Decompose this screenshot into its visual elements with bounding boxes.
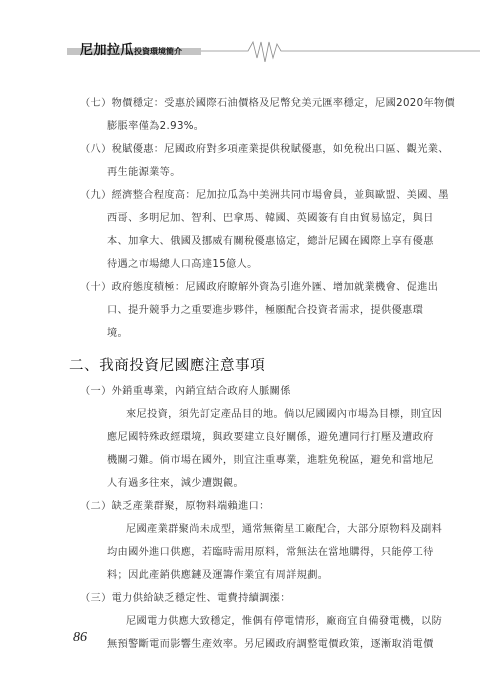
item-7-line-2: 膨脹率僅為2.93%。	[107, 120, 204, 134]
s2-item-1-body-4: 人有過多往來，減少遭覬覦。	[107, 477, 244, 491]
s2-item-3-title: （三）電力供給缺乏穩定性、電費持續調漲：	[80, 592, 291, 606]
s2-item-3-body-2: 無預警斷電而影響生產效率。另尼國政府調整電價政策，逐漸取消電價	[107, 638, 434, 652]
page-number: 86	[73, 630, 87, 646]
header-title-main: 尼加拉瓜	[80, 43, 134, 58]
s2-item-1-body-1: 來尼投資，須先訂定產品目的地。倘以尼國國內市場為目標，則宜因	[126, 408, 442, 422]
item-10-line-2: 口、提升競爭力之重要進步夥伴，極願配合投資者需求，提供優惠環	[107, 304, 423, 318]
s2-item-1-title: （一）外銷重專業，內銷宜結合政府人脈關係	[80, 385, 291, 399]
s2-item-1-body-2: 應尼國特殊政經環境，與政要建立良好關係，避免遭同行打壓及遭政府	[107, 431, 434, 445]
item-8-line-1: （八）稅賦優惠：尼國政府對多項產業提供稅賦優惠，如免稅出口區、觀光業、	[80, 143, 449, 157]
s2-item-2-body-1: 尼國產業群聚尚未成型，通常無衛星工廠配合，大部分原物料及副料	[126, 523, 442, 537]
s2-item-2-body-2: 均由國外進口供應，若臨時需用原料，常無法在當地購得，只能停工待	[107, 546, 434, 560]
item-7-line-1: （七）物價穩定：受惠於國際石油價格及尼幣兌美元匯率穩定，尼國2020年物價	[80, 97, 455, 111]
s2-item-2-body-3: 料；因此產銷供應鏈及運籌作業宜有周詳規劃。	[107, 569, 328, 583]
header-title-sub: 投資環境簡介	[134, 47, 182, 56]
item-10-line-1: （十）政府態度積極：尼國政府瞭解外資為引進外匯、增加就業機會、促進出	[80, 281, 438, 295]
item-9-line-3: 本、加拿大、俄國及挪威有關稅優惠協定，總計尼國在國際上享有優惠	[107, 235, 434, 249]
running-header: 尼加拉瓜投資環境簡介	[67, 40, 417, 58]
item-9-line-1: （九）經濟整合程度高：尼加拉瓜為中美洲共同市場會員，並與歐盟、美國、墨	[80, 189, 449, 203]
item-8-line-2: 再生能源業等。	[107, 166, 181, 180]
s2-item-2-title: （二）缺乏產業群聚，原物料端賴進口：	[80, 500, 270, 514]
item-10-line-3: 境。	[107, 327, 128, 341]
header-zigzag-line-icon	[201, 40, 480, 62]
section-heading: 二、我商投資尼國應注意事項	[69, 354, 265, 375]
s2-item-3-body-1: 尼國電力供應大致穩定，惟偶有停電情形，廠商宜自備發電機，以防	[126, 615, 442, 629]
item-9-line-4: 待遇之市場總人口高達15億人。	[107, 258, 258, 272]
header-title: 尼加拉瓜投資環境簡介	[80, 41, 182, 60]
item-9-line-2: 西哥、多明尼加、智利、巴拿馬、韓國、英國簽有自由貿易協定，與日	[107, 212, 434, 226]
s2-item-1-body-3: 機關刁難。倘市場在國外，則宜注重專業，進駐免稅區，避免和當地尼	[107, 454, 434, 468]
